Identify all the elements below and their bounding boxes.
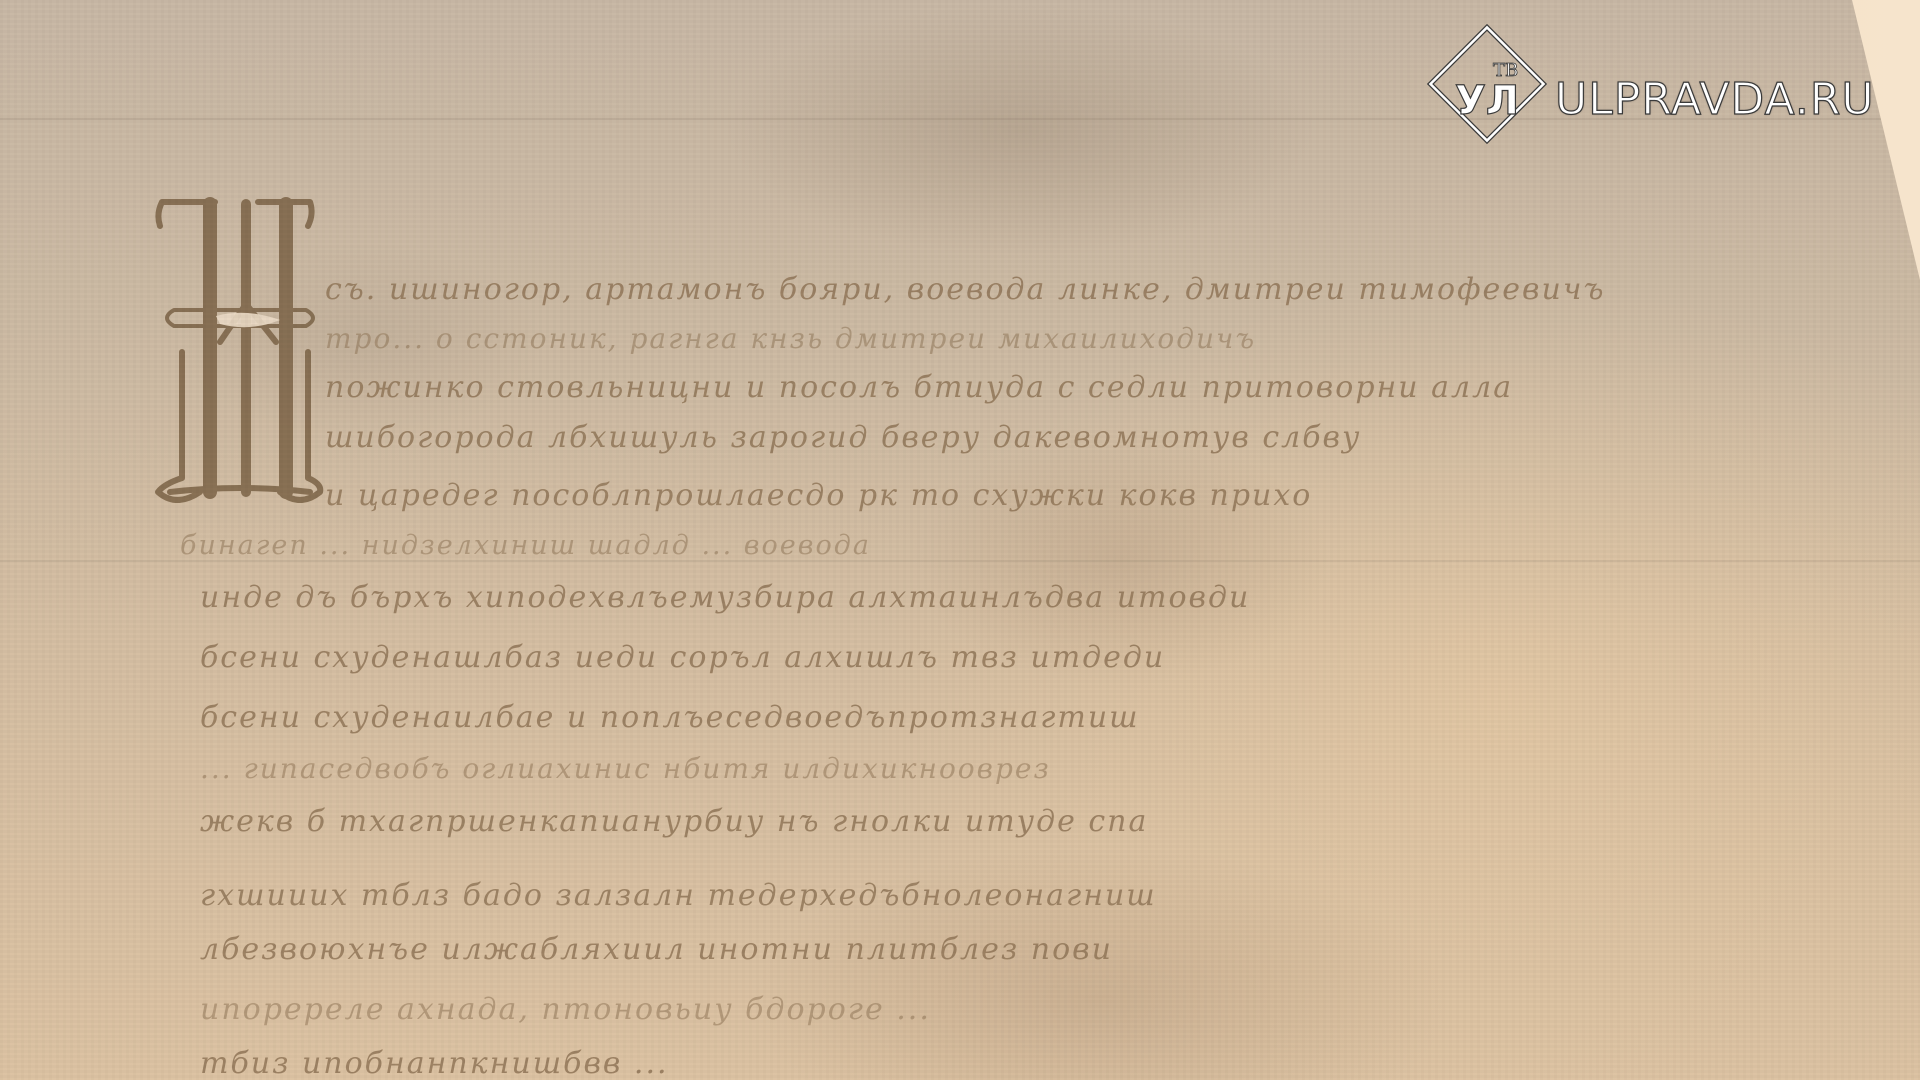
manuscript-line: инде дъ бърхъ хиподехвлъемузбира алхтаин… [200,580,1250,615]
manuscript-line: гхшииих тблз бадо залзалн тедерхедъбноле… [200,878,1157,913]
manuscript-line: бсени схуденашлбаз иеди соръл алхишлъ тв… [200,640,1165,675]
manuscript-line: пожинко стовльницни и посолъ бтиуда с се… [325,370,1513,405]
manuscript-line: тро... о сстоник, рагнга кнзь дмитреи ми… [325,322,1256,355]
manuscript-line: жекв б тхагпршенкапианурбиу нъ гнолки ит… [200,804,1148,839]
manuscript-line: бинагеп ... нидзелхиниш шадлд ... воевод… [180,530,871,561]
manuscript-line: шибогорода лбхишуль зарогид бверу дакево… [325,420,1361,455]
manuscript-line: лбезвоюхнъе илжабляхиил инотни плитблез … [200,932,1113,967]
logo-superscript: ТВ [1493,60,1518,81]
manuscript-line: бсени схуденаилбае и поплъеседвоедъпротз… [200,700,1140,735]
manuscript-paper: съ. ишиногор, артамонъ бояри, воевода ли… [0,0,1920,1080]
paper-fold-line [0,560,1920,562]
logo-letters: УЛ [1455,78,1519,124]
manuscript-line: ипоререле ахнада, птоновьиу бдороге ... [200,992,931,1027]
manuscript-line: съ. ишиногор, артамонъ бояри, воевода ли… [325,272,1606,307]
ulpravda-watermark: УЛ ТВ ULPRAVDA.RU [1425,22,1875,142]
manuscript-line: и царедег пособлпрошлаесдо рк то схужки … [325,478,1312,513]
ulpravda-logo-icon: УЛ ТВ [1425,22,1549,146]
decorative-initial-letter [150,192,325,504]
manuscript-line: ... гипаседвобъ оглиахинис нбитя илдихик… [200,752,1051,785]
manuscript-line: тбиз ипобнанпкнишбвв ... [200,1046,669,1080]
watermark-site-name: ULPRAVDA.RU [1555,74,1875,125]
